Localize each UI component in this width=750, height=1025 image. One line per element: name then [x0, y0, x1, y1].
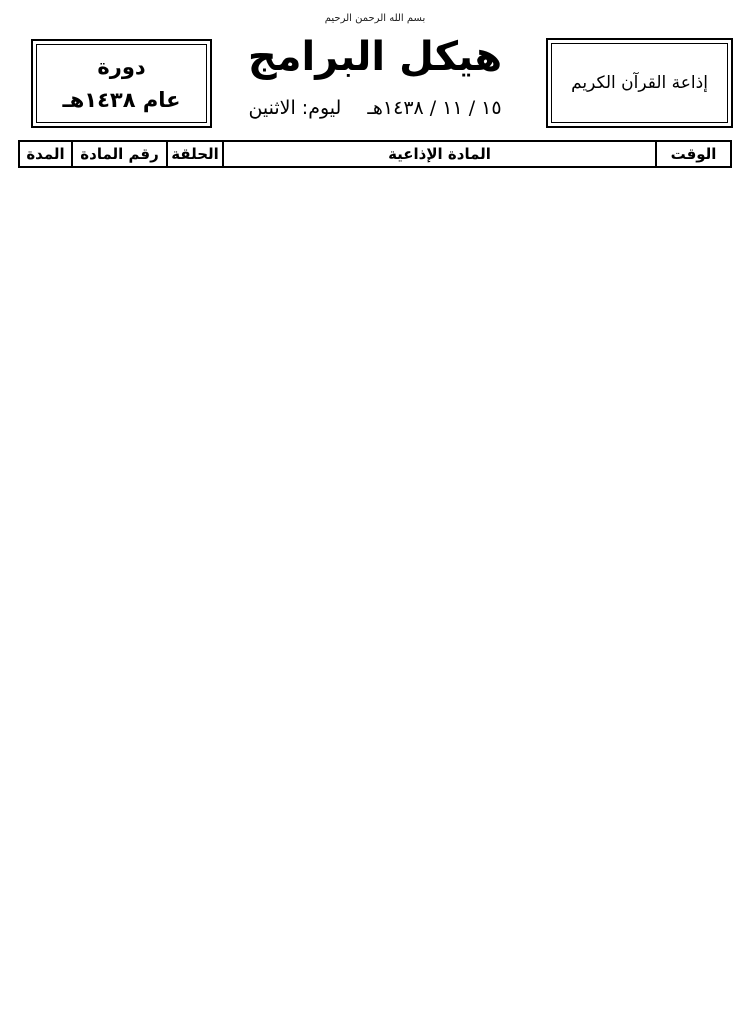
station-box-inner: إذاعة القرآن الكريم: [551, 43, 728, 123]
session-box-inner: دورة عام ١٤٣٨هـ: [36, 44, 207, 123]
station-box: إذاعة القرآن الكريم: [546, 38, 733, 128]
date-line: ليوم: الاثنين ١٥ / ١١ / ١٤٣٨هـ: [225, 97, 525, 119]
header-episode: الحلقة: [166, 142, 222, 166]
date-label: ليوم: الاثنين: [248, 97, 341, 119]
station-name: إذاعة القرآن الكريم: [571, 73, 708, 93]
table-header-row: الوقت المادة الإذاعية الحلقة رقم المادة …: [18, 140, 732, 168]
date-value: ١٥ / ١١ / ١٤٣٨هـ: [367, 97, 501, 119]
header-duration: المدة: [20, 142, 71, 166]
header-material-number: رقم المادة: [71, 142, 166, 166]
session-line-1: دورة: [97, 51, 145, 84]
session-line-2: عام ١٤٣٨هـ: [63, 84, 181, 117]
header-time: الوقت: [655, 142, 730, 166]
program-schedule-table: الوقت المادة الإذاعية الحلقة رقم المادة …: [18, 140, 732, 171]
schedule-document-page: بسم الله الرحمن الرحيم إذاعة القرآن الكر…: [0, 0, 750, 1025]
bismillah-text: بسم الله الرحمن الرحيم: [0, 13, 750, 24]
header-material: المادة الإذاعية: [222, 142, 655, 166]
header-material-label: المادة الإذاعية: [232, 142, 647, 166]
page-title: هيكل البرامج: [235, 33, 515, 81]
session-box: دورة عام ١٤٣٨هـ: [31, 39, 212, 128]
